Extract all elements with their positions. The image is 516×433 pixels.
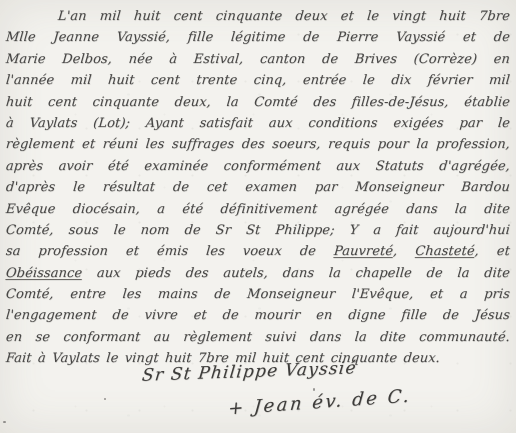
manuscript-line: Mlle Jeanne Vayssié, fille légitime de P… xyxy=(5,27,511,48)
manuscript-line: l'engagement de vivre et de mourir en di… xyxy=(5,305,511,326)
manuscript-line: huit cent cinquante deux, la Comté des f… xyxy=(5,92,511,113)
manuscript-line: d'après le résultat de cet examen par Mo… xyxy=(5,177,511,198)
manuscript-line: l'année mil huit cent trente cinq, entré… xyxy=(5,70,511,91)
manuscript-line: règlement et réuni les suffrages des soe… xyxy=(5,134,511,155)
manuscript-line: Obéissance aux pieds des autels, dans la… xyxy=(5,263,511,284)
ink-speck xyxy=(313,388,315,391)
signature-bishop: + Jean év. de C. xyxy=(227,386,412,420)
ink-speck xyxy=(104,398,106,400)
manuscript-line: après avoir été examinée conformément au… xyxy=(5,156,511,177)
ink-speck xyxy=(3,421,6,423)
manuscript-line: L'an mil huit cent cinquante deux et le … xyxy=(5,6,511,27)
manuscript-line: Comté, sous le nom de Sr St Philippe; Y … xyxy=(5,220,511,241)
manuscript-line: Evêque diocésain, a été définitivement a… xyxy=(5,199,511,220)
manuscript-text: L'an mil huit cent cinquante deux et le … xyxy=(5,6,509,370)
manuscript-line: à Vaylats (Lot); Ayant satisfait aux con… xyxy=(5,113,511,134)
manuscript-line: en se conformant au règlement suivi dans… xyxy=(5,327,511,348)
document-page: L'an mil huit cent cinquante deux et le … xyxy=(0,0,516,433)
manuscript-line: Marie Delbos, née à Estival, canton de B… xyxy=(5,49,511,70)
manuscript-line: Comté, entre les mains de Monseigneur l'… xyxy=(5,284,511,305)
manuscript-line: sa profession et émis les voeux de Pauvr… xyxy=(5,241,511,262)
